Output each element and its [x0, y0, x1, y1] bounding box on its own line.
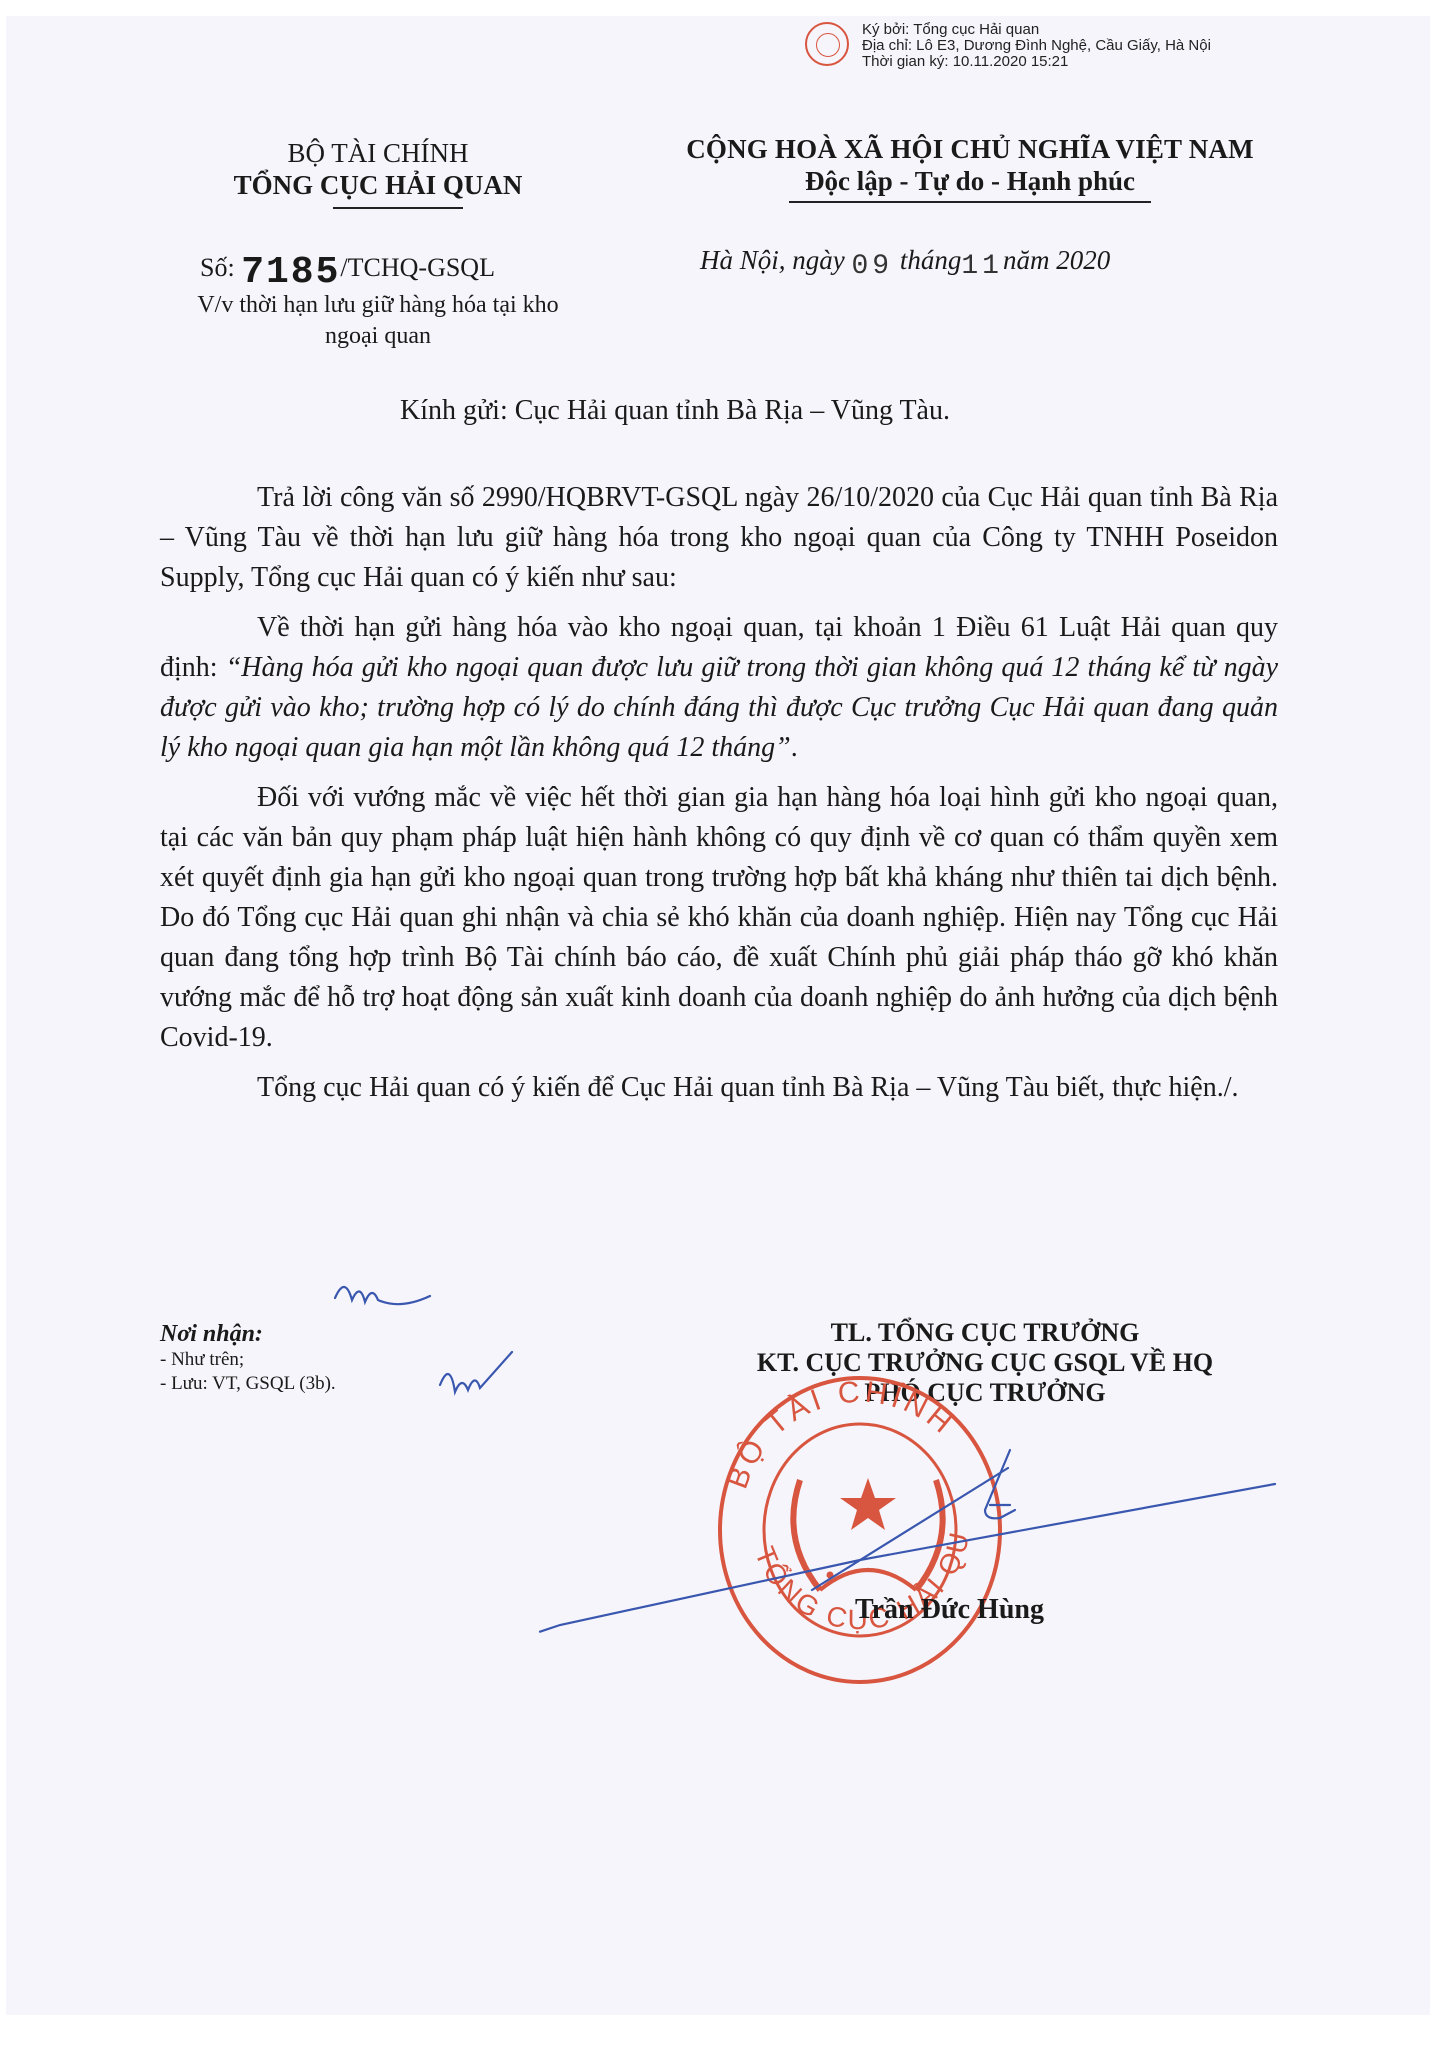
- signed-by: Ký bởi: Tổng cục Hải quan: [862, 22, 1211, 38]
- signed-time: Thời gian ký: 10.11.2020 15:21: [862, 54, 1211, 70]
- paragraph-4: Tổng cục Hải quan có ý kiến để Cục Hải q…: [160, 1068, 1278, 1108]
- paragraph-3: Đối với vướng mắc về việc hết thời gian …: [160, 778, 1278, 1058]
- divider: [333, 207, 463, 209]
- document-date: Hà Nội, ngày 09 tháng11năm 2020: [700, 245, 1110, 278]
- paragraph-2-end: .: [791, 732, 798, 763]
- department-name: TỔNG CỤC HẢI QUAN: [168, 169, 588, 201]
- document-subject: V/v thời hạn lưu giữ hàng hóa tại kho ng…: [168, 290, 588, 352]
- signature-block: TL. TỔNG CỤC TRƯỞNG KT. CỤC TRƯỞNG CỤC G…: [660, 1318, 1310, 1408]
- doc-number-value: 7185: [241, 251, 340, 294]
- digital-signature-info: Ký bởi: Tổng cục Hải quan Địa chỉ: Lô E3…: [800, 18, 1400, 78]
- paragraph-4-text: Tổng cục Hải quan có ý kiến để Cục Hải q…: [257, 1072, 1238, 1103]
- law-quote: “Hàng hóa gửi kho ngoại quan được lưu gi…: [160, 652, 1278, 763]
- letter-body: Trả lời công văn số 2990/HQBRVT-GSQL ngà…: [160, 478, 1278, 1118]
- recipients-title: Nơi nhận:: [160, 1320, 336, 1348]
- doc-number-label: Số:: [200, 253, 235, 282]
- national-header: CỘNG HOÀ XÃ HỘI CHỦ NGHĨA VIỆT NAM Độc l…: [630, 133, 1310, 203]
- country-name: CỘNG HOÀ XÃ HỘI CHỦ NGHĨA VIỆT NAM: [630, 133, 1310, 165]
- signer-address: Địa chỉ: Lô E3, Dương Đình Nghệ, Cầu Giấ…: [862, 38, 1211, 54]
- signature-title-2: KT. CỤC TRƯỞNG CỤC GSQL VỀ HQ: [660, 1348, 1310, 1378]
- recipient-line: Kính gửi: Cục Hải quan tỉnh Bà Rịa – Vũn…: [400, 395, 950, 427]
- ministry-name: BỘ TÀI CHÍNH: [168, 137, 588, 169]
- date-place: Hà Nội, ngày: [700, 245, 845, 275]
- divider: [789, 201, 1151, 203]
- recipient-item: - Lưu: VT, GSQL (3b).: [160, 1372, 336, 1396]
- signer-name: Trần Đức Hùng: [855, 1594, 1044, 1626]
- paragraph-1: Trả lời công văn số 2990/HQBRVT-GSQL ngà…: [160, 478, 1278, 598]
- national-motto: Độc lập - Tự do - Hạnh phúc: [630, 165, 1310, 197]
- signature-title-3: PHÓ CỤC TRƯỞNG: [660, 1378, 1310, 1408]
- doc-number-suffix: /TCHQ-GSQL: [340, 253, 495, 282]
- date-year: năm 2020: [1003, 245, 1110, 275]
- signature-title-1: TL. TỔNG CỤC TRƯỞNG: [660, 1318, 1310, 1348]
- recipients-list: Nơi nhận: - Như trên; - Lưu: VT, GSQL (3…: [160, 1320, 336, 1396]
- paragraph-2: Về thời hạn gửi hàng hóa vào kho ngoại q…: [160, 608, 1278, 768]
- date-month-label: tháng: [900, 245, 962, 275]
- date-day: 09: [852, 251, 894, 282]
- seal-icon: [805, 22, 849, 66]
- date-month: 11: [961, 251, 1003, 282]
- issuer-header: BỘ TÀI CHÍNH TỔNG CỤC HẢI QUAN: [168, 137, 588, 209]
- document-number: Số: 7185/TCHQ-GSQL: [200, 245, 495, 288]
- recipient-item: - Như trên;: [160, 1348, 336, 1372]
